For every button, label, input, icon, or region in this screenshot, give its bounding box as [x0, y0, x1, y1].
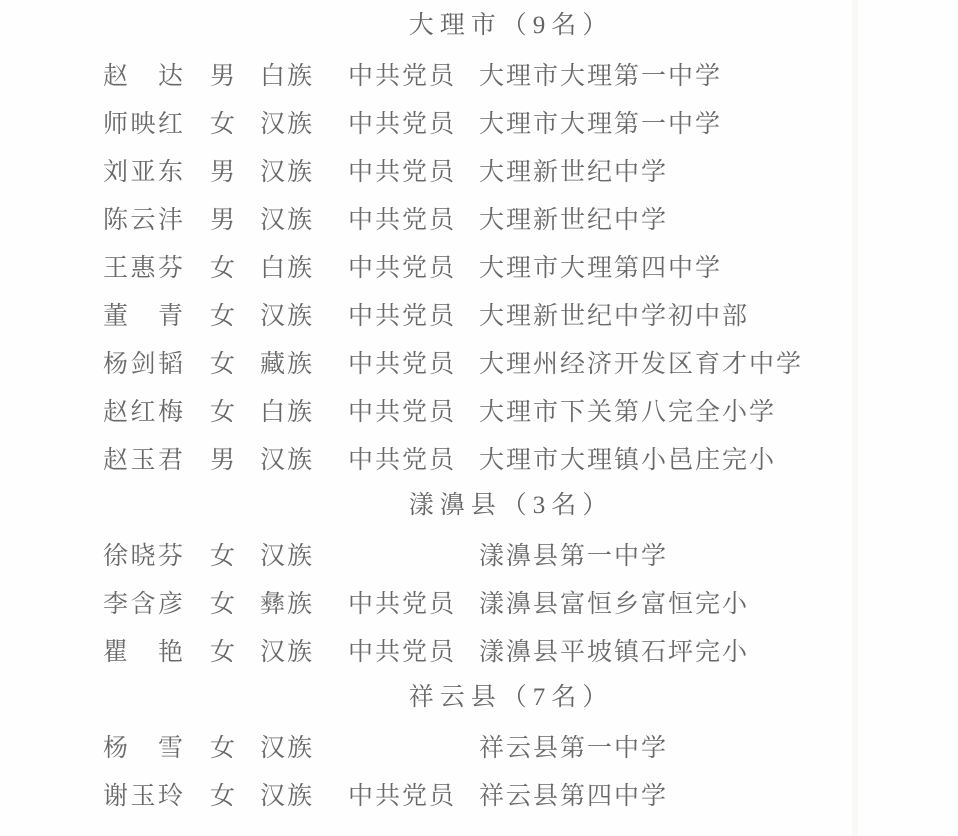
person-row: 赵红梅 女 白族 中共党员 大理市下关第八完全小学 [0, 386, 958, 434]
person-gender: 女 [210, 248, 240, 284]
person-name: 师映红 [103, 104, 185, 140]
person-name: 刘亚东 [103, 152, 185, 188]
person-school: 大理市大理镇小邑庄完小 [479, 440, 958, 476]
person-school: 祥云县第一中学 [479, 728, 958, 764]
person-name: 赵红梅 [103, 392, 185, 428]
person-name: 董青 [103, 296, 185, 332]
person-ethnicity: 汉族 [260, 440, 320, 476]
person-school: 漾濞县平坡镇石坪完小 [479, 632, 958, 668]
document-page: 大理市（9名） 赵达 男 白族 中共党员 大理市大理第一中学 师映红 女 汉族 … [0, 0, 958, 836]
person-ethnicity: 白族 [260, 56, 320, 92]
section-title-yangbixian: 漾濞县（3名） [0, 482, 958, 530]
person-gender: 女 [210, 392, 240, 428]
person-ethnicity: 汉族 [260, 536, 320, 572]
person-party: 中共党员 [348, 440, 466, 476]
person-row: 赵玉君 男 汉族 中共党员 大理市大理镇小邑庄完小 [0, 434, 958, 482]
person-name: 赵达 [103, 56, 185, 92]
person-gender: 女 [210, 536, 240, 572]
person-name: 杨剑韬 [103, 344, 185, 380]
person-ethnicity: 藏族 [260, 344, 320, 380]
person-school: 漾濞县富恒乡富恒完小 [479, 584, 958, 620]
person-row: 师映红 女 汉族 中共党员 大理市大理第一中学 [0, 98, 958, 146]
person-row: 谢玉玲 女 汉族 中共党员 祥云县第四中学 [0, 770, 958, 818]
person-row: 赵达 男 白族 中共党员 大理市大理第一中学 [0, 50, 958, 98]
person-row: 王惠芬 女 白族 中共党员 大理市大理第四中学 [0, 242, 958, 290]
person-school: 大理市大理第一中学 [479, 56, 958, 92]
person-party: 中共党员 [348, 296, 466, 332]
person-row: 杨剑韬 女 藏族 中共党员 大理州经济开发区育才中学 [0, 338, 958, 386]
person-name: 杨雪 [103, 728, 185, 764]
person-school: 大理新世纪中学初中部 [479, 296, 958, 332]
person-row: 瞿艳 女 汉族 中共党员 漾濞县平坡镇石坪完小 [0, 626, 958, 674]
person-school: 大理新世纪中学 [479, 200, 958, 236]
person-ethnicity: 白族 [260, 392, 320, 428]
person-gender: 女 [210, 776, 240, 812]
person-party: 中共党员 [348, 344, 466, 380]
person-party: 中共党员 [348, 104, 466, 140]
person-party: 中共党员 [348, 56, 466, 92]
person-ethnicity: 汉族 [260, 296, 320, 332]
person-row: 杨雪 女 汉族 祥云县第一中学 [0, 722, 958, 770]
person-name: 李含彦 [103, 584, 185, 620]
person-ethnicity: 汉族 [260, 728, 320, 764]
person-party: 中共党员 [348, 632, 466, 668]
person-ethnicity: 汉族 [260, 200, 320, 236]
person-name: 瞿艳 [103, 632, 185, 668]
person-school: 漾濞县第一中学 [479, 536, 958, 572]
person-name: 赵玉君 [103, 440, 185, 476]
person-school: 大理市大理第四中学 [479, 248, 958, 284]
person-school: 大理州经济开发区育才中学 [479, 344, 958, 380]
person-name: 王惠芬 [103, 248, 185, 284]
section-title-dalishi: 大理市（9名） [0, 2, 958, 50]
person-ethnicity: 彝族 [260, 584, 320, 620]
person-gender: 男 [210, 440, 240, 476]
person-gender: 男 [210, 152, 240, 188]
person-party: 中共党员 [348, 392, 466, 428]
person-gender: 男 [210, 56, 240, 92]
person-gender: 女 [210, 632, 240, 668]
person-party: 中共党员 [348, 152, 466, 188]
person-row: 李含彦 女 彝族 中共党员 漾濞县富恒乡富恒完小 [0, 578, 958, 626]
person-gender: 女 [210, 104, 240, 140]
person-school: 祥云县第四中学 [479, 776, 958, 812]
person-ethnicity: 汉族 [260, 152, 320, 188]
person-party: 中共党员 [348, 200, 466, 236]
person-row: 陈云沣 男 汉族 中共党员 大理新世纪中学 [0, 194, 958, 242]
person-ethnicity: 汉族 [260, 104, 320, 140]
person-ethnicity: 汉族 [260, 632, 320, 668]
person-party: 中共党员 [348, 584, 466, 620]
person-ethnicity: 白族 [260, 248, 320, 284]
person-name: 徐晓芬 [103, 536, 185, 572]
person-ethnicity: 汉族 [260, 776, 320, 812]
person-gender: 男 [210, 200, 240, 236]
person-row: 刘亚东 男 汉族 中共党员 大理新世纪中学 [0, 146, 958, 194]
person-party: 中共党员 [348, 248, 466, 284]
person-gender: 女 [210, 344, 240, 380]
person-gender: 女 [210, 584, 240, 620]
person-name: 谢玉玲 [103, 776, 185, 812]
person-name: 陈云沣 [103, 200, 185, 236]
person-row: 徐晓芬 女 汉族 漾濞县第一中学 [0, 530, 958, 578]
person-gender: 女 [210, 296, 240, 332]
person-party: 中共党员 [348, 776, 466, 812]
person-school: 大理市大理第一中学 [479, 104, 958, 140]
person-school: 大理市下关第八完全小学 [479, 392, 958, 428]
person-gender: 女 [210, 728, 240, 764]
section-title-xiangyunxian: 祥云县（7名） [0, 674, 958, 722]
person-row: 董青 女 汉族 中共党员 大理新世纪中学初中部 [0, 290, 958, 338]
person-school: 大理新世纪中学 [479, 152, 958, 188]
